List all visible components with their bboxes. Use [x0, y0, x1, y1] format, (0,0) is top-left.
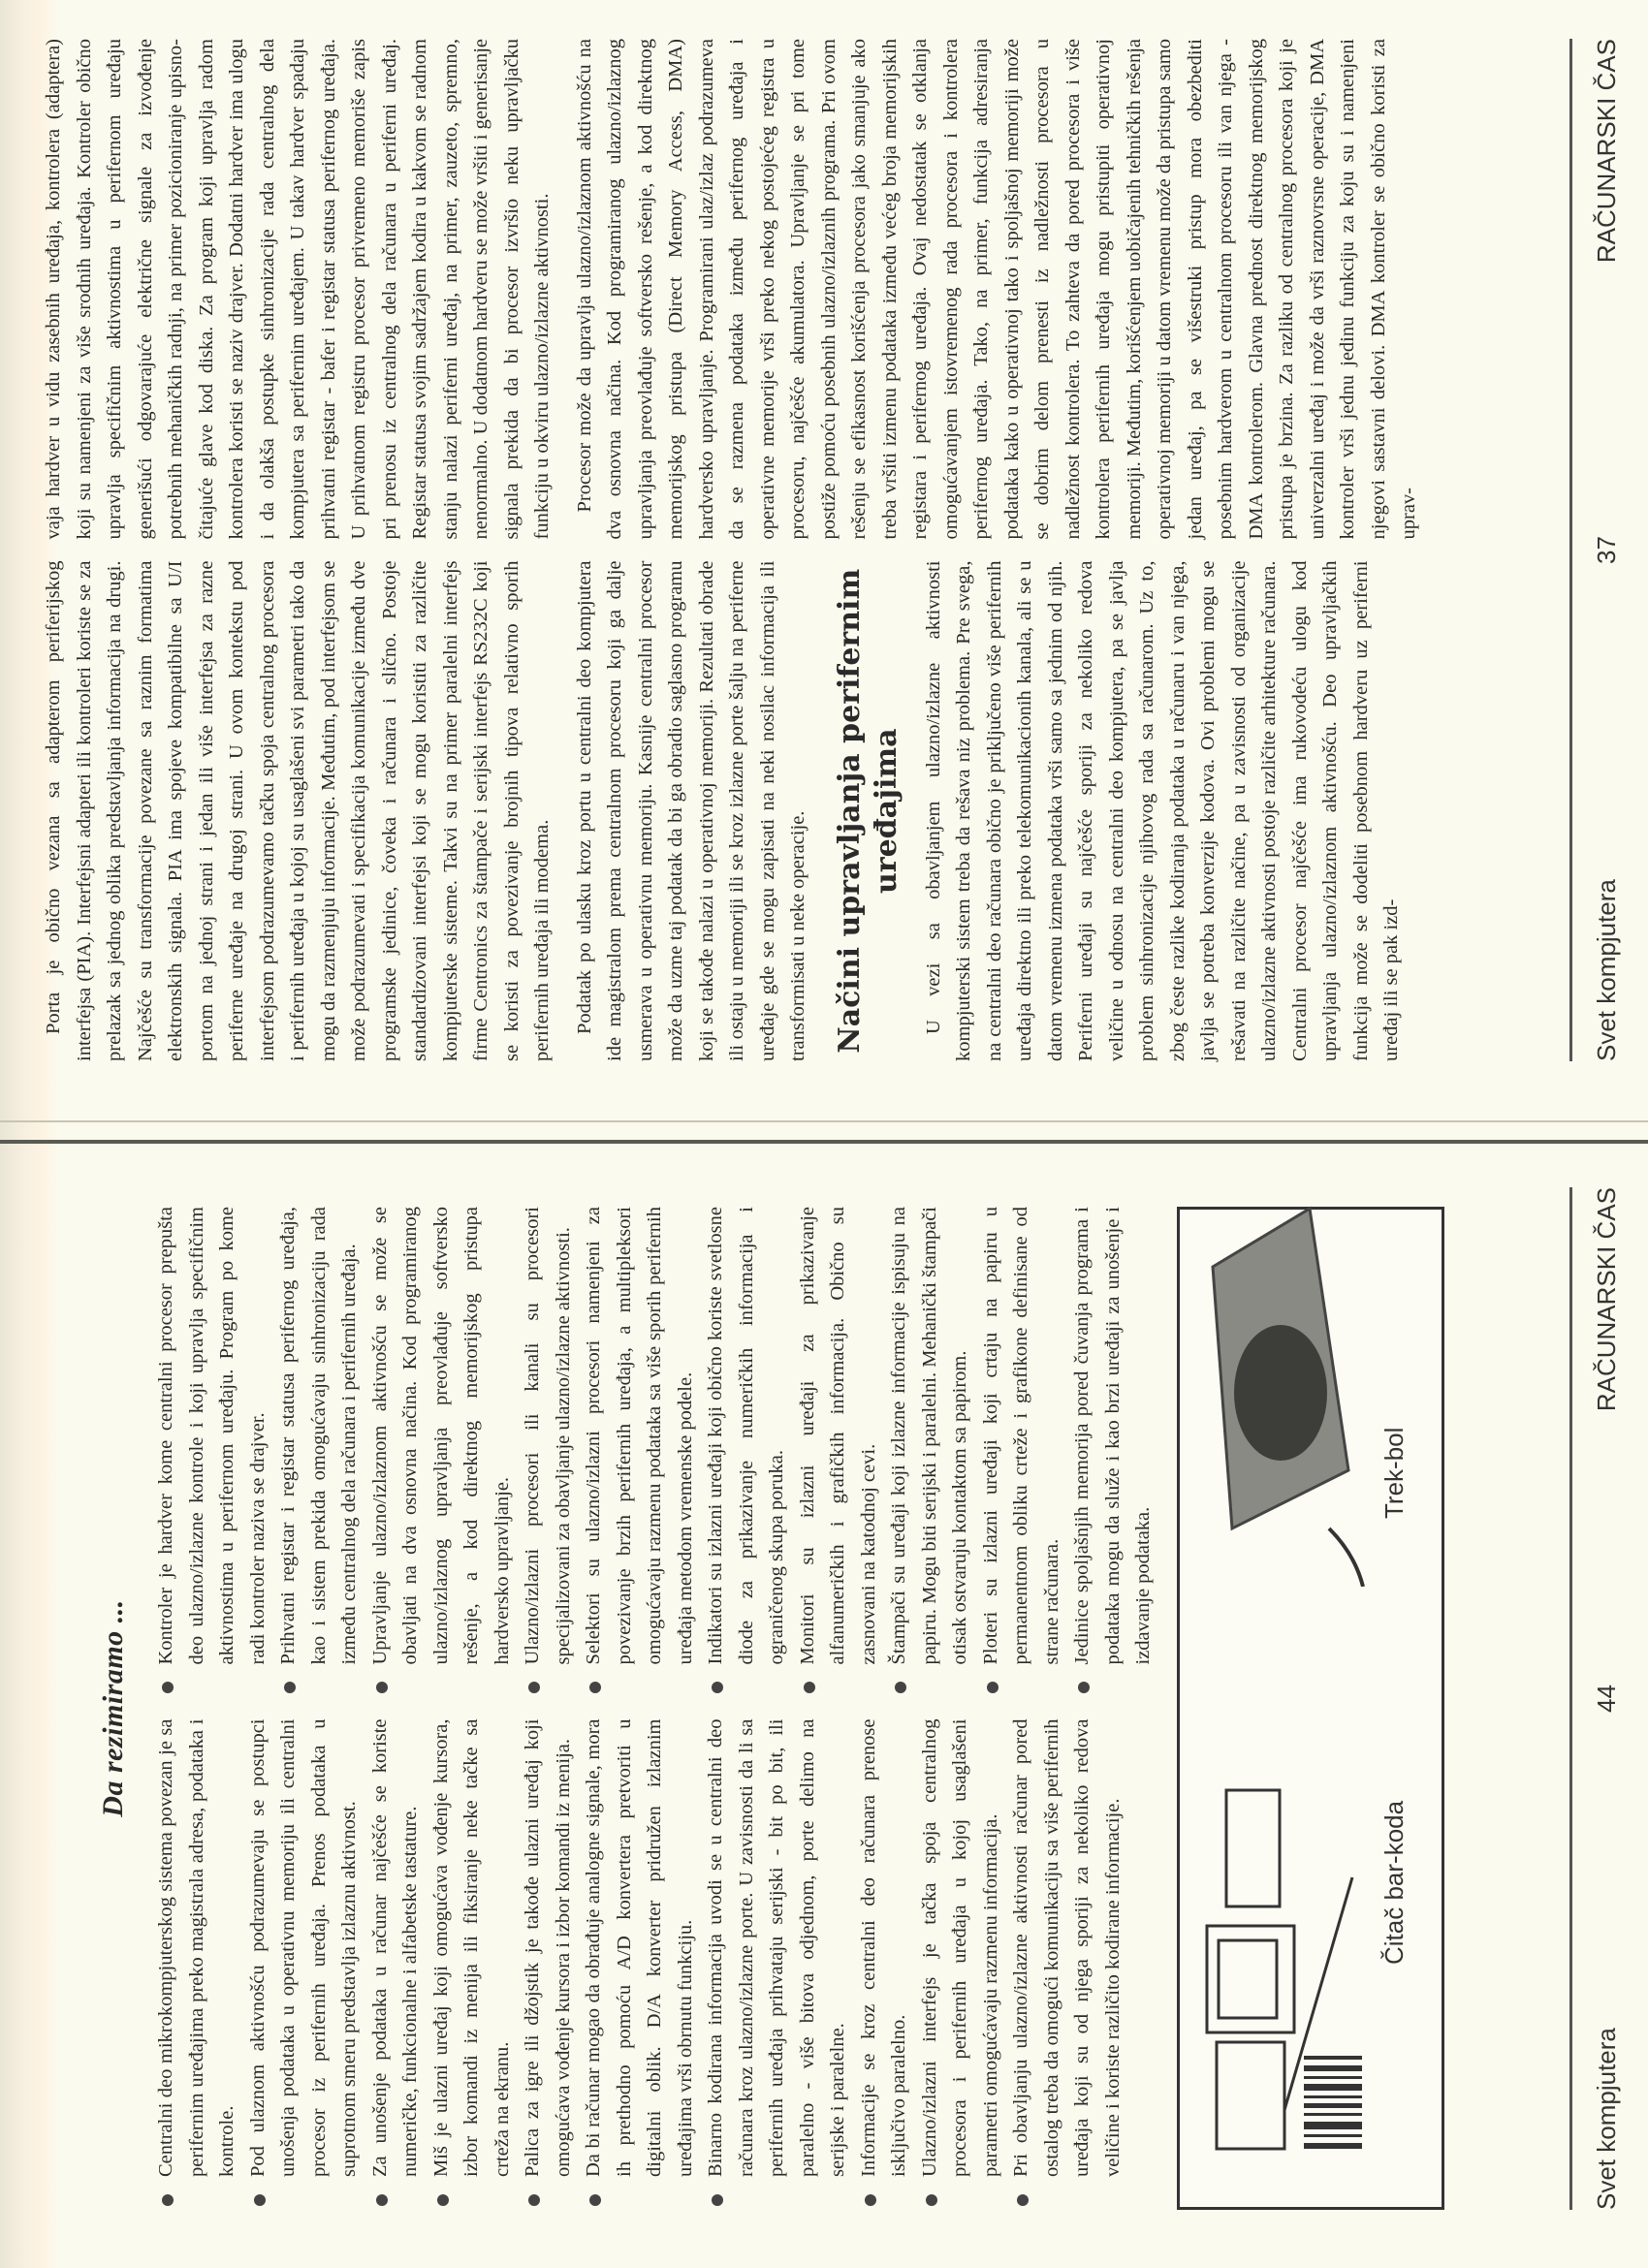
- page-footer: Svet kompjutera 44 RAČUNARSKI ČAS: [1569, 1187, 1629, 2210]
- magazine-name: Svet kompjutera: [1592, 879, 1622, 1061]
- summary-bullet: Palica za igre ili džojstik je takođe ul…: [518, 1719, 579, 2211]
- barcode-reader-illustration: [1197, 1761, 1381, 2168]
- article-subheading: Načini upravljanja perifernim uređajima: [832, 561, 905, 1062]
- article-column-1: Porta je obično vezana sa adapterom peri…: [39, 561, 1425, 1062]
- article-column-2: vaja hardver u vidu zasebnih uređaja, ko…: [39, 39, 1425, 540]
- article-paragraph: U vezi sa obavljanjem ulazno/izlazne akt…: [919, 561, 1408, 1062]
- figure-caption-barcode-reader: Čitač bar-koda: [1379, 1801, 1410, 1965]
- spine-fold: [0, 1140, 1648, 1144]
- magazine-name: Svet kompjutera: [1592, 2028, 1622, 2210]
- summary-bullet: Upravljanje ulazno/izlaznom aktivnošću s…: [365, 1207, 519, 1698]
- page-44: Da rezimiramo ... Centralni deo mikrokom…: [0, 1149, 1648, 2268]
- summary-bullet: Štampači su uređaji koji izlazne informa…: [884, 1207, 976, 1698]
- column-name: RAČUNARSKI ČAS: [1592, 1187, 1622, 1411]
- summary-column-2: Kontroler je hardver kome centralni proc…: [151, 1207, 1159, 1698]
- trackball-illustration: [1193, 1189, 1378, 1587]
- summary-bullet: Informacije se kroz centralni deo računa…: [854, 1719, 915, 2211]
- article-paragraph: Podatak po ulasku kroz portu u centralni…: [570, 561, 814, 1062]
- column-name: RAČUNARSKI ČAS: [1592, 39, 1622, 263]
- page-number: 44: [1592, 1685, 1622, 1713]
- magazine-spread: Da rezimiramo ... Centralni deo mikrokom…: [0, 0, 1648, 2268]
- summary-bullet: Jedinice spoljašnjih memorija pored čuva…: [1067, 1207, 1159, 1698]
- summary-bullet: Kontroler je hardver kome centralni proc…: [151, 1207, 273, 1698]
- illustration-box: Čitač bar-koda Trek-bol: [1177, 1207, 1444, 2210]
- summary-bullet: Selektori su ulazno/izlazni procesori na…: [579, 1207, 701, 1698]
- summary-bullet: Centralni deo mikrokompjuterskog sistema…: [151, 1719, 243, 2211]
- page-footer: Svet kompjutera 37 RAČUNARSKI ČAS: [1569, 39, 1629, 1061]
- summary-bullet: Ulazno/izlazni interfejs je tačka spoja …: [915, 1719, 1007, 2211]
- summary-bullet: Binarno kodirana informacija uvodi se u …: [701, 1719, 854, 2211]
- page-number: 37: [1592, 536, 1622, 564]
- article-paragraph: Porta je obično vezana sa adapterom peri…: [39, 561, 558, 1062]
- summary-bullet: Indikatori su izlazni uređaji koji običn…: [701, 1207, 793, 1698]
- page-37: Porta je obično vezana sa adapterom peri…: [0, 0, 1648, 1119]
- summary-bullet: Pod ulaznom aktivnošću podrazumevaju se …: [243, 1719, 365, 2211]
- summary-bullet: Ploteri su izlazni uređaji koji crtaju n…: [976, 1207, 1068, 1698]
- summary-bullet: Da bi računar mogao da obrađuje analogne…: [579, 1719, 701, 2211]
- article-paragraph: Procesor može da upravlja ulazno/izlazno…: [570, 39, 1425, 540]
- summary-bullet: Pri obavljanju ulazno/izlazne aktivnosti…: [1006, 1719, 1128, 2211]
- spine-shadow: [0, 1120, 1648, 1122]
- summary-bullet: Za unošenje podataka u računar najčešće …: [365, 1719, 427, 2211]
- figure-caption-trackball: Trek-bol: [1379, 1428, 1410, 1519]
- summary-bullet: Ulazno/izlazni procesori ili kanali su p…: [518, 1207, 579, 1698]
- article-paragraph: vaja hardver u vidu zasebnih uređaja, ko…: [39, 39, 558, 540]
- summary-column-1: Centralni deo mikrokompjuterskog sistema…: [151, 1719, 1159, 2211]
- summary-bullet: Monitori su izlazni uređaji za prikaziva…: [793, 1207, 885, 1698]
- section-title: Da rezimiramo ...: [97, 1207, 130, 2210]
- summary-bullet: Miš je ulazni uređaj koji omogućava vođe…: [427, 1719, 519, 2211]
- summary-bullet: Prihvatni registar i registar statusa pe…: [273, 1207, 365, 1698]
